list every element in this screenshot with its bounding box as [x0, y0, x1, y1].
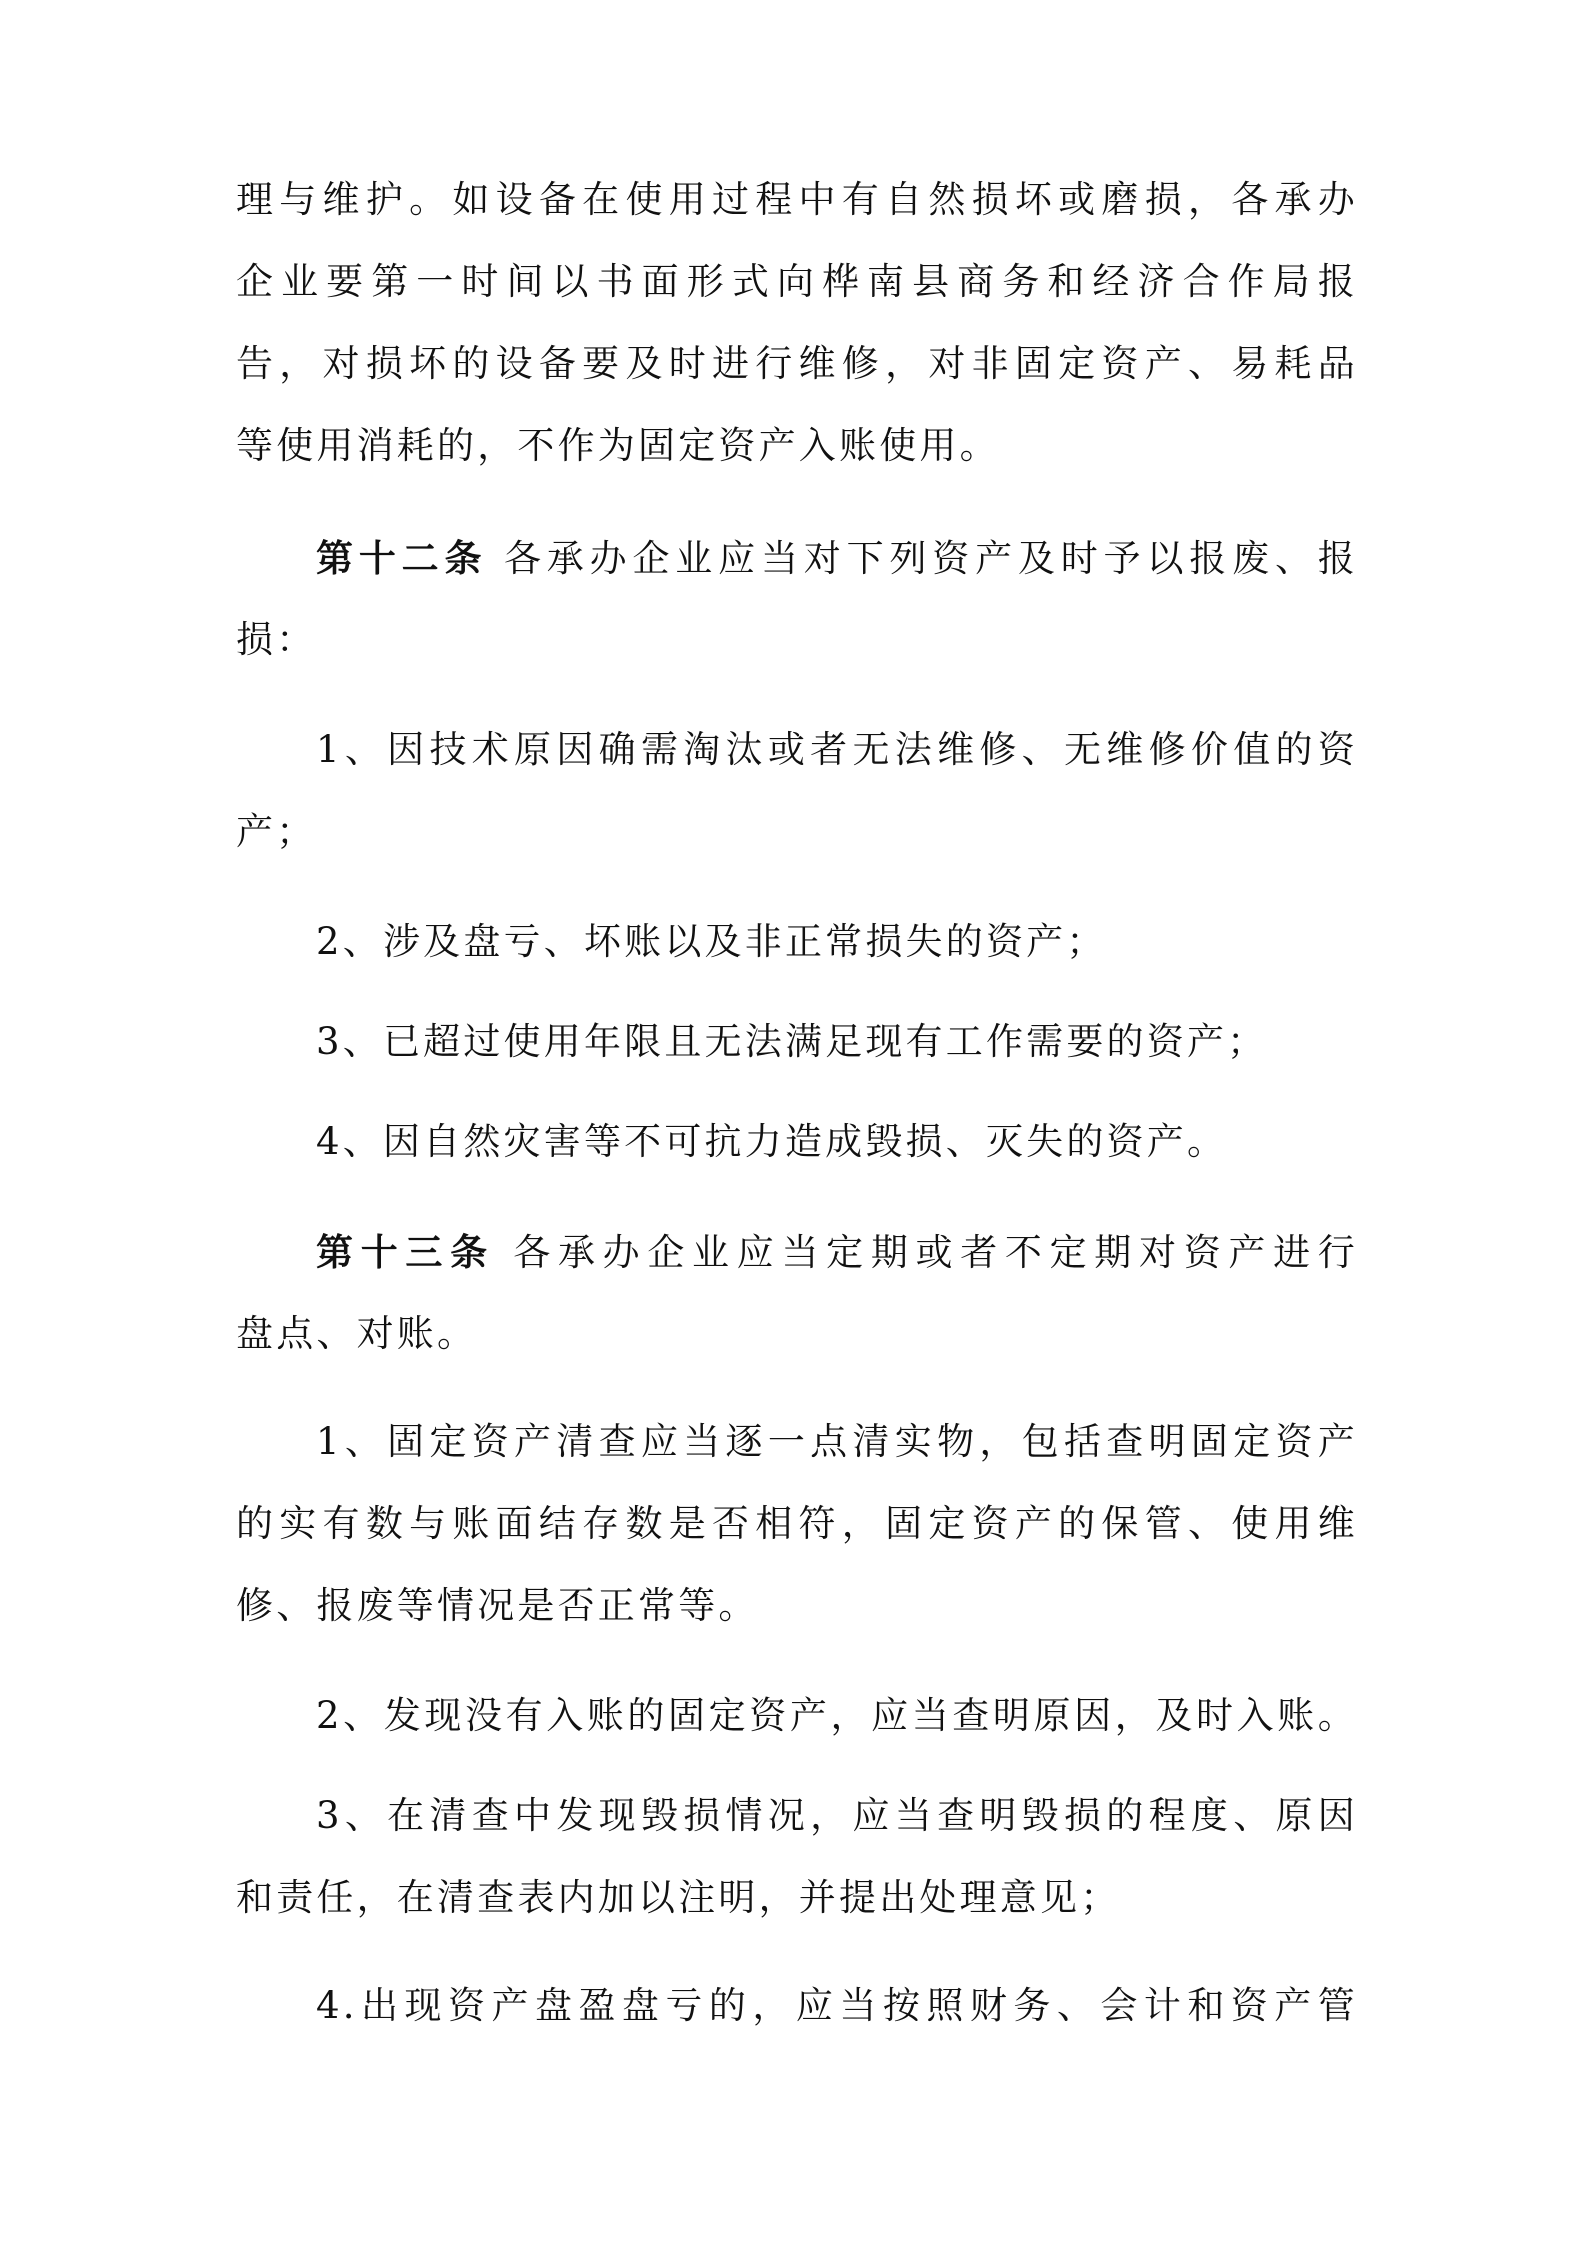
list-item-line: 修、报废等情况是否正常等。 — [236, 1576, 1358, 1636]
paragraph-line: 企业要第一时间以书面形式向桦南县商务和经济合作局报 — [236, 252, 1358, 312]
article-text: 各承办企业应当对下列资产及时予以报废、报 — [501, 537, 1358, 580]
paragraph-line: 理与维护。如设备在使用过程中有自然损坏或磨损，各承办 — [236, 170, 1358, 230]
list-item-line: 1、固定资产清查应当逐一点清实物，包括查明固定资产 — [316, 1412, 1358, 1472]
list-item-line: 4.出现资产盘盈盘亏的，应当按照财务、会计和资产管 — [316, 1976, 1358, 2036]
article-heading: 第十二条 — [316, 536, 487, 580]
article-12-first-line: 第十二条各承办企业应当对下列资产及时予以报废、报 — [316, 528, 1358, 588]
paragraph-line: 等使用消耗的，不作为固定资产入账使用。 — [236, 416, 1358, 476]
list-item-line: 的实有数与账面结存数是否相符，固定资产的保管、使用维 — [236, 1494, 1358, 1554]
document-page: 理与维护。如设备在使用过程中有自然损坏或磨损，各承办 企业要第一时间以书面形式向… — [0, 0, 1587, 2245]
article-13-first-line: 第十三条各承办企业应当定期或者不定期对资产进行 — [316, 1222, 1358, 1282]
list-item-line: 3、在清查中发现毁损情况，应当查明毁损的程度、原因 — [316, 1786, 1358, 1846]
list-item-line: 1、因技术原因确需淘汰或者无法维修、无维修价值的资 — [316, 720, 1358, 780]
article-heading: 第十三条 — [316, 1230, 495, 1274]
paragraph-line: 损： — [236, 610, 1358, 670]
list-item-line: 3、已超过使用年限且无法满足现有工作需要的资产； — [316, 1012, 1358, 1072]
paragraph-line: 告，对损坏的设备要及时进行维修，对非固定资产、易耗品 — [236, 334, 1358, 394]
list-item-line: 2、发现没有入账的固定资产，应当查明原因，及时入账。 — [316, 1686, 1358, 1746]
article-text: 各承办企业应当定期或者不定期对资产进行 — [509, 1231, 1358, 1274]
list-item-line: 产； — [236, 802, 1358, 862]
list-item-line: 2、涉及盘亏、坏账以及非正常损失的资产； — [316, 912, 1358, 972]
paragraph-line: 盘点、对账。 — [236, 1304, 1358, 1364]
list-item-line: 和责任，在清查表内加以注明，并提出处理意见； — [236, 1868, 1358, 1928]
list-item-line: 4、因自然灾害等不可抗力造成毁损、灭失的资产。 — [316, 1112, 1358, 1172]
